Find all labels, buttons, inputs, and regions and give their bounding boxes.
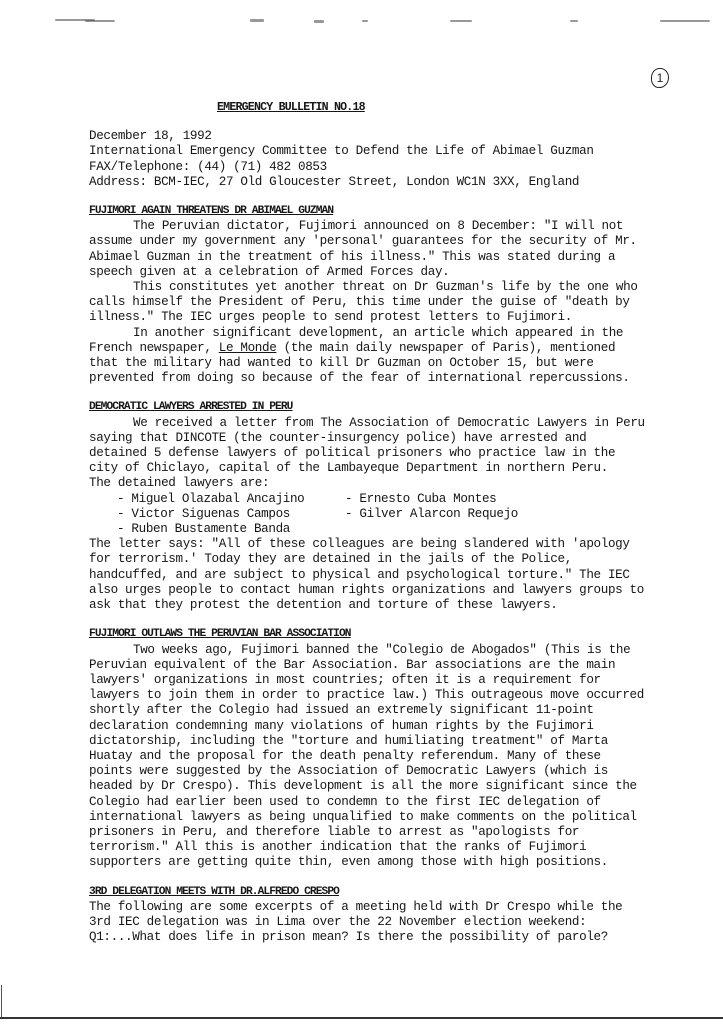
section-lawyers-arrested: DEMOCRATIC LAWYERS ARRESTED IN PERU We r… [89,386,649,613]
detained-lawyers-list: - Miguel Olazabal Ancajino - Ernesto Cub… [117,492,649,538]
list-item: - Ruben Bustamente Banda [117,522,345,537]
section-heading: FUJIMORI OUTLAWS THE PERUVIAN BAR ASSOCI… [89,627,351,642]
section-heading: DEMOCRATIC LAWYERS ARRESTED IN PERU [89,400,292,415]
paragraph: In another significant development, an a… [89,326,649,387]
list-item: - Gilver Alarcon Requejo [345,507,545,522]
bulletin-title: EMERGENCY BULLETIN NO.18 [217,100,649,115]
question: Q1:...What does life in prison mean? Is … [89,930,649,945]
bulletin-body: EMERGENCY BULLETIN NO.18 December 18, 19… [89,100,649,945]
organization-name: International Emergency Committee to Def… [89,144,649,159]
newspaper-name: Le Monde [219,341,277,355]
list-item: - Miguel Olazabal Ancajino [117,492,345,507]
document-page: 1 EMERGENCY BULLETIN NO.18 December 18, … [0,0,723,1024]
section-heading: 3RD DELEGATION MEETS WITH DR.ALFREDO CRE… [89,885,339,900]
paragraph: We received a letter from The Associatio… [89,416,649,477]
postal-address: Address: BCM-IEC, 27 Old Gloucester Stre… [89,175,649,190]
fax-telephone: FAX/Telephone: (44) (71) 482 0853 [89,160,649,175]
handwritten-page-number: 1 [651,68,669,88]
list-label: The detained lawyers are: [89,476,649,491]
section-third-delegation: 3RD DELEGATION MEETS WITH DR.ALFREDO CRE… [89,871,649,946]
list-item: - Ernesto Cuba Montes [345,492,545,507]
scan-edge-bottom [0,1017,723,1019]
paragraph: The following are some excerpts of a mee… [89,900,649,930]
bulletin-header: December 18, 1992 International Emergenc… [89,129,649,190]
scan-edge-left [1,985,2,1019]
section-heading: FUJIMORI AGAIN THREATENS DR ABIMAEL GUZM… [89,204,333,219]
scan-artifact-top [0,14,723,28]
section-fujimori-threatens: FUJIMORI AGAIN THREATENS DR ABIMAEL GUZM… [89,190,649,386]
list-item: - Victor Siguenas Campos [117,507,345,522]
paragraph: The Peruvian dictator, Fujimori announce… [89,219,649,280]
paragraph: The letter says: "All of these colleague… [89,537,649,613]
paragraph: Two weeks ago, Fujimori banned the "Cole… [89,643,649,871]
section-bar-association: FUJIMORI OUTLAWS THE PERUVIAN BAR ASSOCI… [89,613,649,870]
paragraph: This constitutes yet another threat on D… [89,280,649,326]
bulletin-date: December 18, 1992 [89,129,649,144]
